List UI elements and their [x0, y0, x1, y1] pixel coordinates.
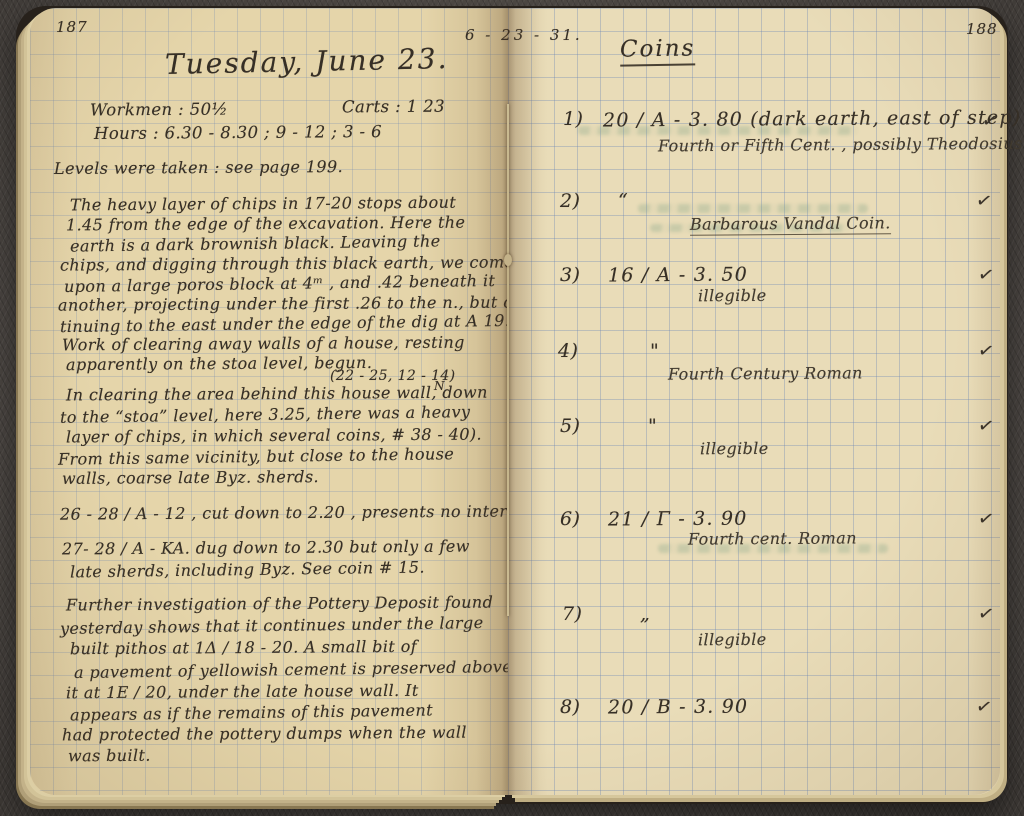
coin-entry-number: 5) [560, 417, 580, 436]
coin-entry-number: 3) [560, 266, 580, 285]
right-page: 188 Coins 1) 20 / A - 3. 80 (dark earth,… [508, 8, 1000, 795]
log-line: a pavement of yellowish cement is preser… [74, 659, 512, 681]
log-line: The heavy layer of chips in 17-20 stops … [70, 195, 456, 214]
coin-identification: Fourth cent. Roman [688, 530, 857, 547]
binding-thread-knot [504, 254, 512, 266]
log-line: From this same vicinity, but close to th… [58, 446, 454, 468]
work-hours: Hours : 6.30 - 8.30 ; 9 - 12 ; 3 - 6 [94, 124, 382, 143]
workmen-count: Workmen : 50½ [90, 102, 228, 119]
coin-identification: illegible [698, 632, 767, 648]
checkmark-icon: ✓ [976, 416, 996, 438]
coin-entry-number: 7) [562, 605, 582, 624]
log-line: yesterday shows that it continues under … [60, 615, 484, 637]
log-line: In clearing the area behind this house w… [66, 385, 488, 404]
coin-identification: illegible [700, 441, 769, 457]
coin-identification: Fourth Century Roman [668, 365, 863, 382]
log-line: earth is a dark brownish black. Leaving … [70, 233, 441, 254]
log-line: upon a large poros block at 4ᵐ , and .42… [64, 273, 495, 295]
coin-identification: illegible [698, 288, 767, 304]
coin-entry-7: 7) „ ✓ illegible [508, 605, 1000, 659]
ditto-mark: “ [618, 192, 629, 211]
coin-entry-number: 1) [563, 110, 583, 129]
coin-findspot: 20 / A - 3. 80 (dark earth, east of step… [603, 109, 1021, 131]
coin-entry-4: 4) " ✓ Fourth Century Roman [508, 342, 1000, 396]
coin-entry-1: 1) 20 / A - 3. 80 (dark earth, east of s… [508, 110, 1000, 164]
notebook-scan-page: { "header": { "left_page_number": "187",… [0, 0, 1024, 816]
log-line: Work of clearing away walls of a house, … [62, 335, 465, 354]
log-line: apparently on the stoa level, begun. [66, 355, 372, 373]
ditto-mark: „ [640, 605, 651, 624]
log-line: appears as if the remains of this paveme… [70, 702, 433, 723]
left-page: 187 Tuesday, June 23. Workmen : 50½ Cart… [30, 8, 508, 795]
log-line: had protected the pottery dumps when the… [62, 725, 467, 744]
checkmark-icon: ✓ [974, 697, 994, 719]
ditto-mark: " [650, 342, 660, 361]
coin-findspot: 20 / B - 3. 90 [608, 698, 748, 718]
coin-findspot: 16 / A - 3. 50 [608, 266, 748, 286]
checkmark-icon: ✓ [976, 509, 996, 531]
log-line: 1.45 from the edge of the excavation. He… [66, 215, 465, 234]
ditto-mark: " [648, 417, 658, 436]
coin-entry-8: 8) 20 / B - 3. 90 ✓ [508, 698, 1000, 752]
checkmark-icon: ✓ [976, 341, 996, 363]
log-line: Further investigation of the Pottery Dep… [66, 595, 493, 614]
entry-date-title: Tuesday, June 23. [165, 45, 449, 79]
right-page-number: 188 [966, 22, 998, 37]
checkmark-icon: ✓ [976, 604, 996, 626]
left-page-number: 187 [56, 20, 88, 35]
coins-section-title: Coins [620, 37, 696, 66]
trench-note-line: 27- 28 / A - KA. dug down to 2.30 but on… [62, 539, 470, 558]
coin-entry-6: 6) 21 / Γ - 3. 90 ✓ Fourth cent. Roman [508, 510, 1000, 564]
log-line: it at 1E / 20, under the late house wall… [66, 683, 419, 701]
coin-entry-3: 3) 16 / A - 3. 50 ✓ illegible [508, 266, 1000, 320]
coin-entry-number: 8) [560, 698, 580, 717]
log-line: walls, coarse late Byz. sherds. [62, 469, 319, 487]
coin-entry-5: 5) " ✓ illegible [508, 417, 1000, 471]
log-line: was built. [68, 748, 151, 765]
coin-findspot: 21 / Γ - 3. 90 [608, 510, 748, 530]
checkmark-icon: ✓ [980, 111, 1000, 133]
checkmark-icon: ✓ [976, 265, 996, 287]
trench-note: 26 - 28 / A - 12 , cut down to 2.20 , pr… [60, 503, 538, 522]
log-line: layer of chips, in which several coins, … [66, 427, 482, 446]
coin-entry-number: 4) [558, 342, 578, 361]
trench-note-line: late sherds, including Byz. See coin # 1… [70, 560, 425, 581]
notebook-spread: 187 Tuesday, June 23. Workmen : 50½ Cart… [30, 8, 1000, 795]
log-line: built pithos at 1Δ / 18 - 20. A small bi… [70, 639, 417, 657]
log-line: to the “stoa” level, here 3.25, there wa… [60, 404, 471, 426]
coin-identification: Fourth or Fifth Cent. , possibly Theodos… [658, 136, 1024, 155]
coin-identification: Barbarous Vandal Coin. [690, 215, 891, 235]
notebook: 187 Tuesday, June 23. Workmen : 50½ Cart… [16, 6, 1008, 804]
carts-count: Carts : 1 23 [342, 99, 445, 116]
coin-entry-number: 2) [560, 192, 580, 211]
binding-thread [507, 104, 509, 616]
coin-entry-number: 6) [560, 510, 580, 529]
checkmark-icon: ✓ [974, 191, 994, 213]
date-heading: 6 - 23 - 31. [465, 28, 583, 43]
levels-note: Levels were taken : see page 199. [54, 159, 343, 177]
coin-entry-2: 2) “ ✓ Barbarous Vandal Coin. [508, 192, 1000, 246]
